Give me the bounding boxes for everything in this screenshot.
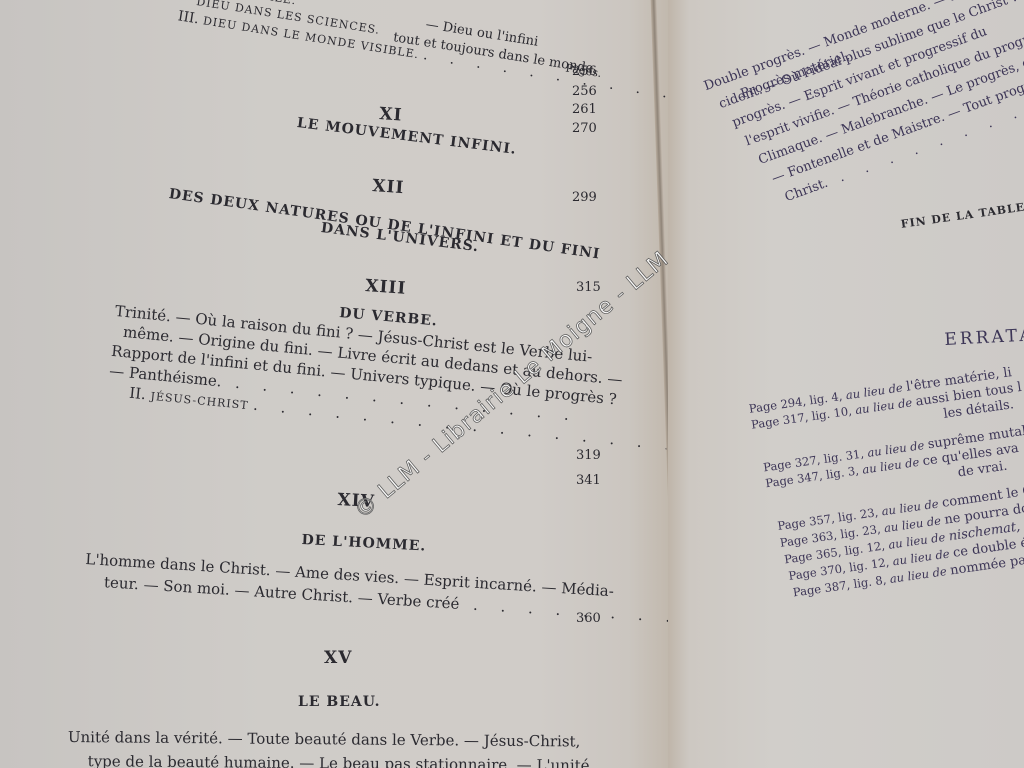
body-line: Unité dans la vérité. — Toute beauté dan… (68, 728, 581, 750)
chapter-numeral-xii: XII (372, 176, 405, 198)
chapter-numeral-xv: XV (324, 648, 352, 668)
page-number: 261 (572, 102, 597, 117)
errata-title: ERRATA (944, 325, 1024, 350)
page-number: 360 (576, 611, 601, 626)
chapter-title-xiv: DE L'HOMME. (301, 532, 426, 555)
page-number: 299 (572, 190, 597, 205)
page-number: 270 (572, 121, 597, 136)
end-of-table-label: FIN DE LA TABLE. (900, 200, 1024, 231)
page-number: 315 (576, 280, 601, 295)
chapter-title-xi: LE MOUVEMENT INFINI. (296, 115, 517, 158)
toc-item-num: III. (177, 8, 200, 27)
page-number: 256 (572, 64, 597, 79)
page-number: 319 (576, 448, 601, 463)
chapter-numeral-xi: XI (379, 104, 403, 126)
sub-item-num: II. (129, 384, 147, 404)
sub-item-jesus-christ: JÉSUS-CHRIST (150, 390, 249, 412)
left-page: — Dieu ou l'infini tout et toujours dans… (0, 0, 668, 768)
body-line: type de la beauté humaine. — Le beau pas… (88, 752, 590, 768)
page-number: 256 (572, 84, 597, 99)
chapter-title-xii-line1: DES DEUX NATURES OU DE L'INFINI ET DU FI… (168, 186, 602, 262)
right-page: Progrès matériel. Double progrès. — Mond… (668, 0, 1024, 768)
page-number: 341 (576, 473, 601, 488)
chapter-numeral-xiii: XIII (365, 276, 407, 299)
chapter-title-xv: LE BEAU. (298, 694, 381, 710)
